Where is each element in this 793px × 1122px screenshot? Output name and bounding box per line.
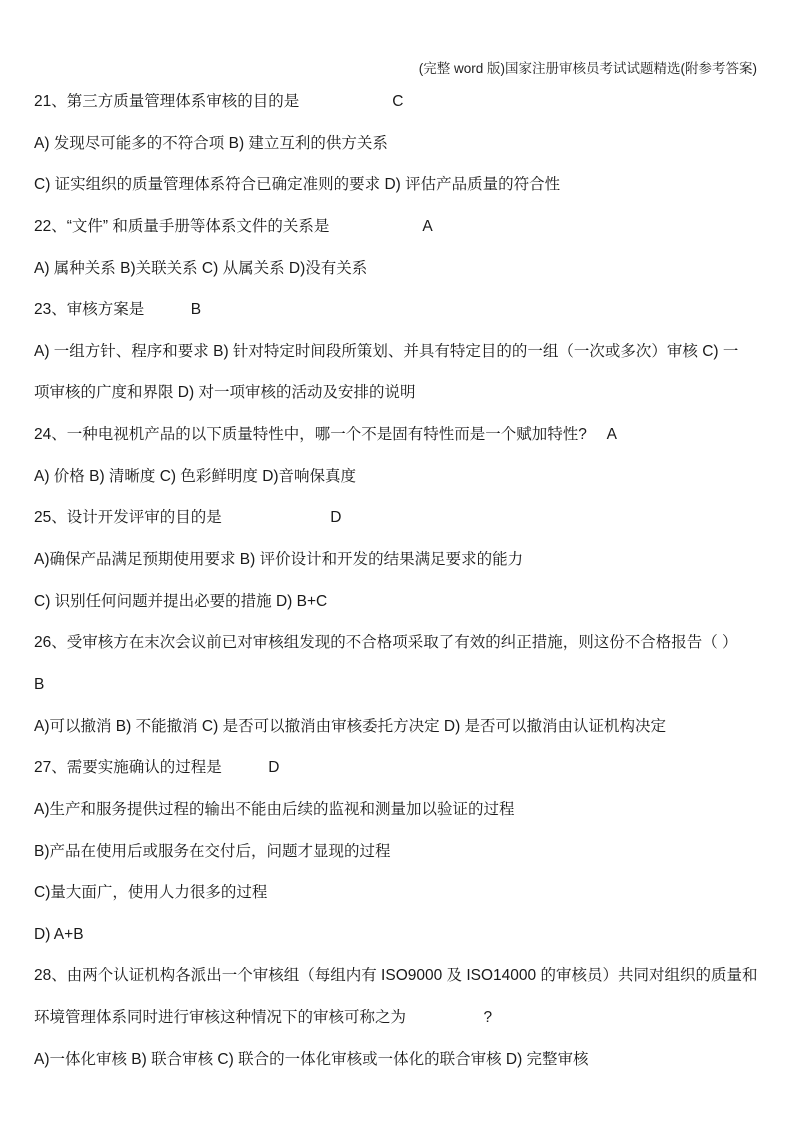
q26-options: A)可以撤消 B) 不能撤消 C) 是否可以撤消由审核委托方决定 D) 是否可以… <box>34 718 793 760</box>
q25-options-a-b: A)确保产品满足预期使用要求 B) 评价设计和开发的结果满足要求的能力 <box>34 551 793 593</box>
document-header-title: (完整 word 版)国家注册审核员考试试题精选(附参考答案) <box>419 61 757 77</box>
q26-answer: B <box>34 676 793 718</box>
q27-option-c: C)量大面广，使用人力很多的过程 <box>34 884 793 926</box>
question-26: 26、受审核方在末次会议前已对审核组发现的不合格项采取了有效的纠正措施，则这份不… <box>34 634 793 676</box>
question-21: 21、第三方质量管理体系审核的目的是 C <box>34 93 793 135</box>
question-25: 25、设计开发评审的目的是 D <box>34 509 793 551</box>
q25-options-c-d: C) 识别任何问题并提出必要的措施 D) B+C <box>34 593 793 635</box>
q28-options: A)一体化审核 B) 联合审核 C) 联合的一体化审核或一体化的联合审核 D) … <box>34 1051 793 1093</box>
question-22: 22、“文件” 和质量手册等体系文件的关系是 A <box>34 218 793 260</box>
q21-options-c-d: C) 证实组织的质量管理体系符合已确定准则的要求 D) 评估产品质量的符合性 <box>34 176 793 218</box>
question-24: 24、一种电视机产品的以下质量特性中，哪一个不是固有特性而是一个赋加特性? A <box>34 426 793 468</box>
question-27: 27、需要实施确认的过程是 D <box>34 759 793 801</box>
q23-options-part1: A) 一组方针、程序和要求 B) 针对特定时间段所策划、并具有特定目的的一组（一… <box>34 343 793 385</box>
document-body: 21、第三方质量管理体系审核的目的是 C A) 发现尽可能多的不符合项 B) 建… <box>34 93 793 1092</box>
question-28-line1: 28、由两个认证机构各派出一个审核组（每组内有 ISO9000 及 ISO140… <box>34 967 793 1009</box>
q22-options: A) 属种关系 B)关联关系 C) 从属关系 D)没有关系 <box>34 260 793 302</box>
q24-options: A) 价格 B) 清晰度 C) 色彩鲜明度 D)音响保真度 <box>34 468 793 510</box>
document-page: (完整 word 版)国家注册审核员考试试题精选(附参考答案) 21、第三方质量… <box>0 0 793 1122</box>
q27-option-b: B)产品在使用后或服务在交付后，问题才显现的过程 <box>34 843 793 885</box>
q27-option-a: A)生产和服务提供过程的输出不能由后续的监视和测量加以验证的过程 <box>34 801 793 843</box>
q27-option-d: D) A+B <box>34 926 793 968</box>
q23-options-part2: 项审核的广度和界限 D) 对一项审核的活动及安排的说明 <box>34 384 793 426</box>
q21-options-a-b: A) 发现尽可能多的不符合项 B) 建立互利的供方关系 <box>34 135 793 177</box>
question-28-line2: 环境管理体系同时进行审核这种情况下的审核可称之为 ? <box>34 1009 793 1051</box>
question-23: 23、审核方案是 B <box>34 301 793 343</box>
